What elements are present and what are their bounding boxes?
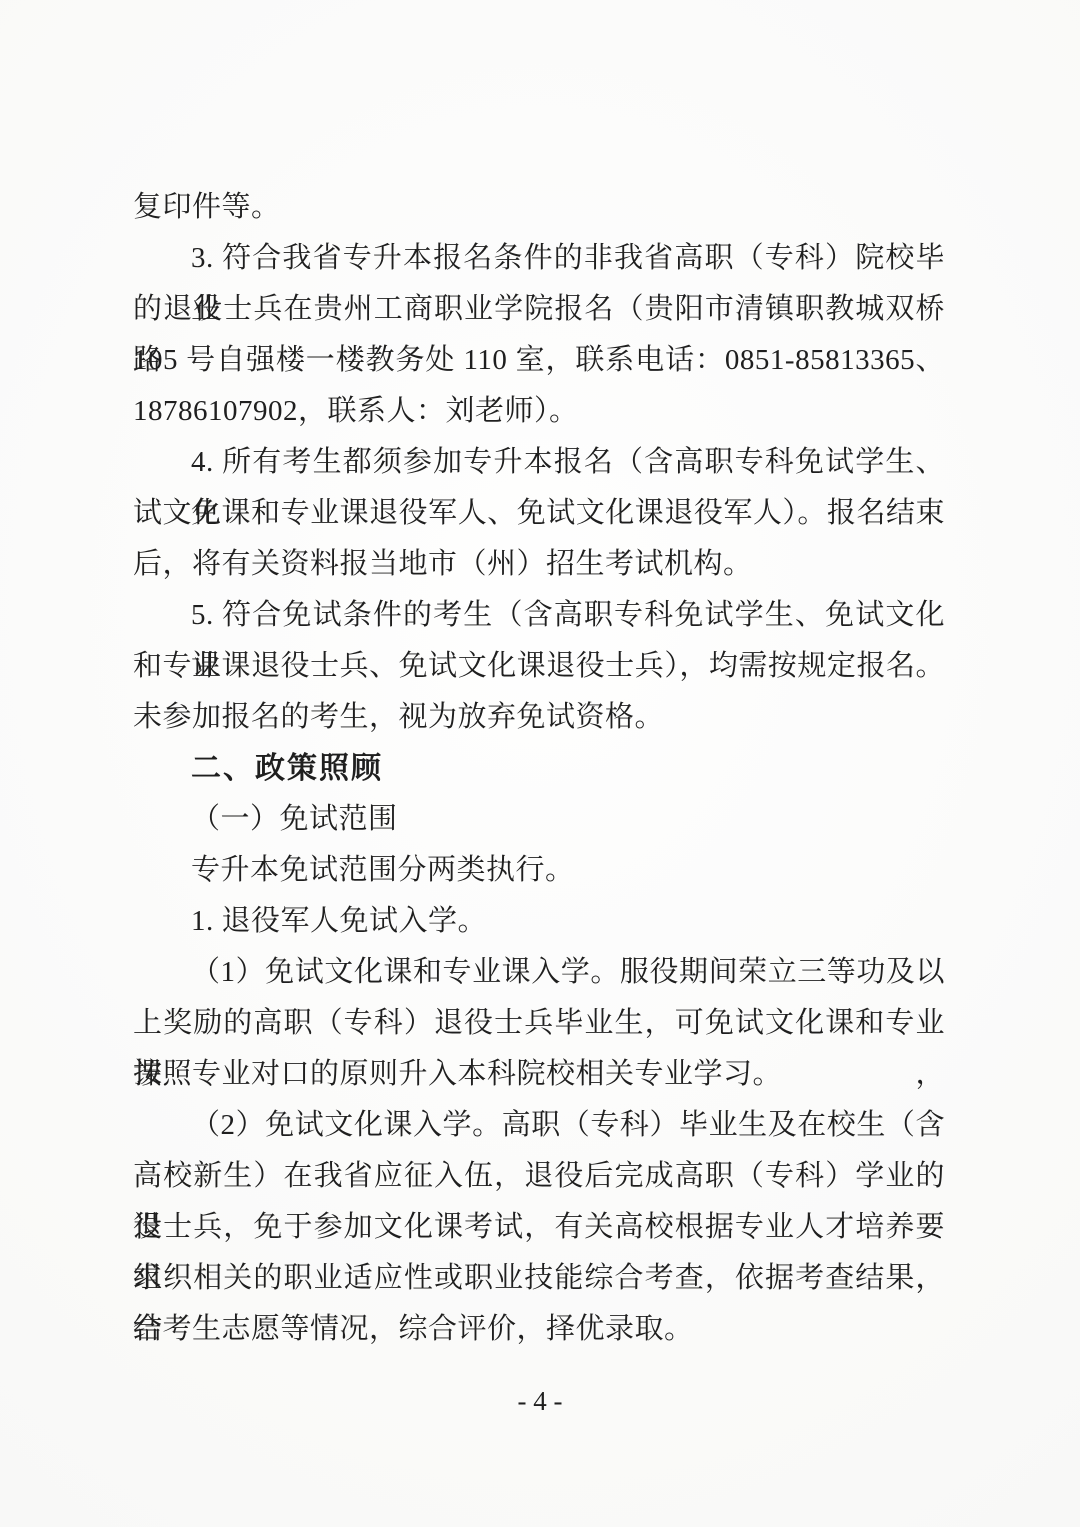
text-line: 高校新生）在我省应征入伍，退役后完成高职（专科）学业的退 (133, 1151, 945, 1202)
document-body: 复印件等。 3. 符合我省专升本报名条件的非我省高职（专科）院校毕业 的退役士兵… (133, 182, 945, 1355)
text-line-contact-end: 18786107902，联系人：刘老师）。 (133, 386, 945, 437)
text-line-contact: 105 号自强楼一楼教务处 110 室，联系电话：0851-85813365、 (133, 335, 945, 386)
text-line-sub-1: （1）免试文化课和专业课入学。服役期间荣立三等功及以 (133, 947, 945, 998)
text-line-continuation: 复印件等。 (133, 182, 945, 233)
text-line: 役士兵，免于参加文化课考试，有关高校根据专业人才培养要求， (133, 1202, 945, 1253)
text-line: 后，将有关资料报当地市（州）招生考试机构。 (133, 539, 945, 590)
text-line-item-1: 1. 退役军人免试入学。 (133, 896, 945, 947)
text-line-item-4: 4. 所有考生都须参加专升本报名（含高职专科免试学生、免 (133, 437, 945, 488)
page-number: - 4 - (0, 1385, 1080, 1417)
text-line: 专升本免试范围分两类执行。 (133, 845, 945, 896)
text-line: 上奖励的高职（专科）退役士兵毕业生，可免试文化课和专业课， (133, 998, 945, 1049)
document-page: 复印件等。 3. 符合我省专升本报名条件的非我省高职（专科）院校毕业 的退役士兵… (0, 0, 1080, 1527)
text-line: 未参加报名的考生，视为放弃免试资格。 (133, 692, 945, 743)
text-line: 试文化课和专业课退役军人、免试文化课退役军人）。报名结束 (133, 488, 945, 539)
section-heading-policy-care: 二、政策照顾 (133, 743, 945, 794)
subsection-heading-exemption-scope: （一）免试范围 (133, 794, 945, 845)
text-line: 合考生志愿等情况，综合评价，择优录取。 (133, 1304, 945, 1355)
text-line-item-3: 3. 符合我省专升本报名条件的非我省高职（专科）院校毕业 (133, 233, 945, 284)
text-line: 组织相关的职业适应性或职业技能综合考查，依据考查结果，结 (133, 1253, 945, 1304)
text-line-item-5: 5. 符合免试条件的考生（含高职专科免试学生、免试文化课 (133, 590, 945, 641)
text-line: 的退役士兵在贵州工商职业学院报名（贵阳市清镇职教城双桥路 (133, 284, 945, 335)
text-line: 和专业课退役士兵、免试文化课退役士兵），均需按规定报名。 (133, 641, 945, 692)
text-line-sub-2: （2）免试文化课入学。高职（专科）毕业生及在校生（含 (133, 1100, 945, 1151)
